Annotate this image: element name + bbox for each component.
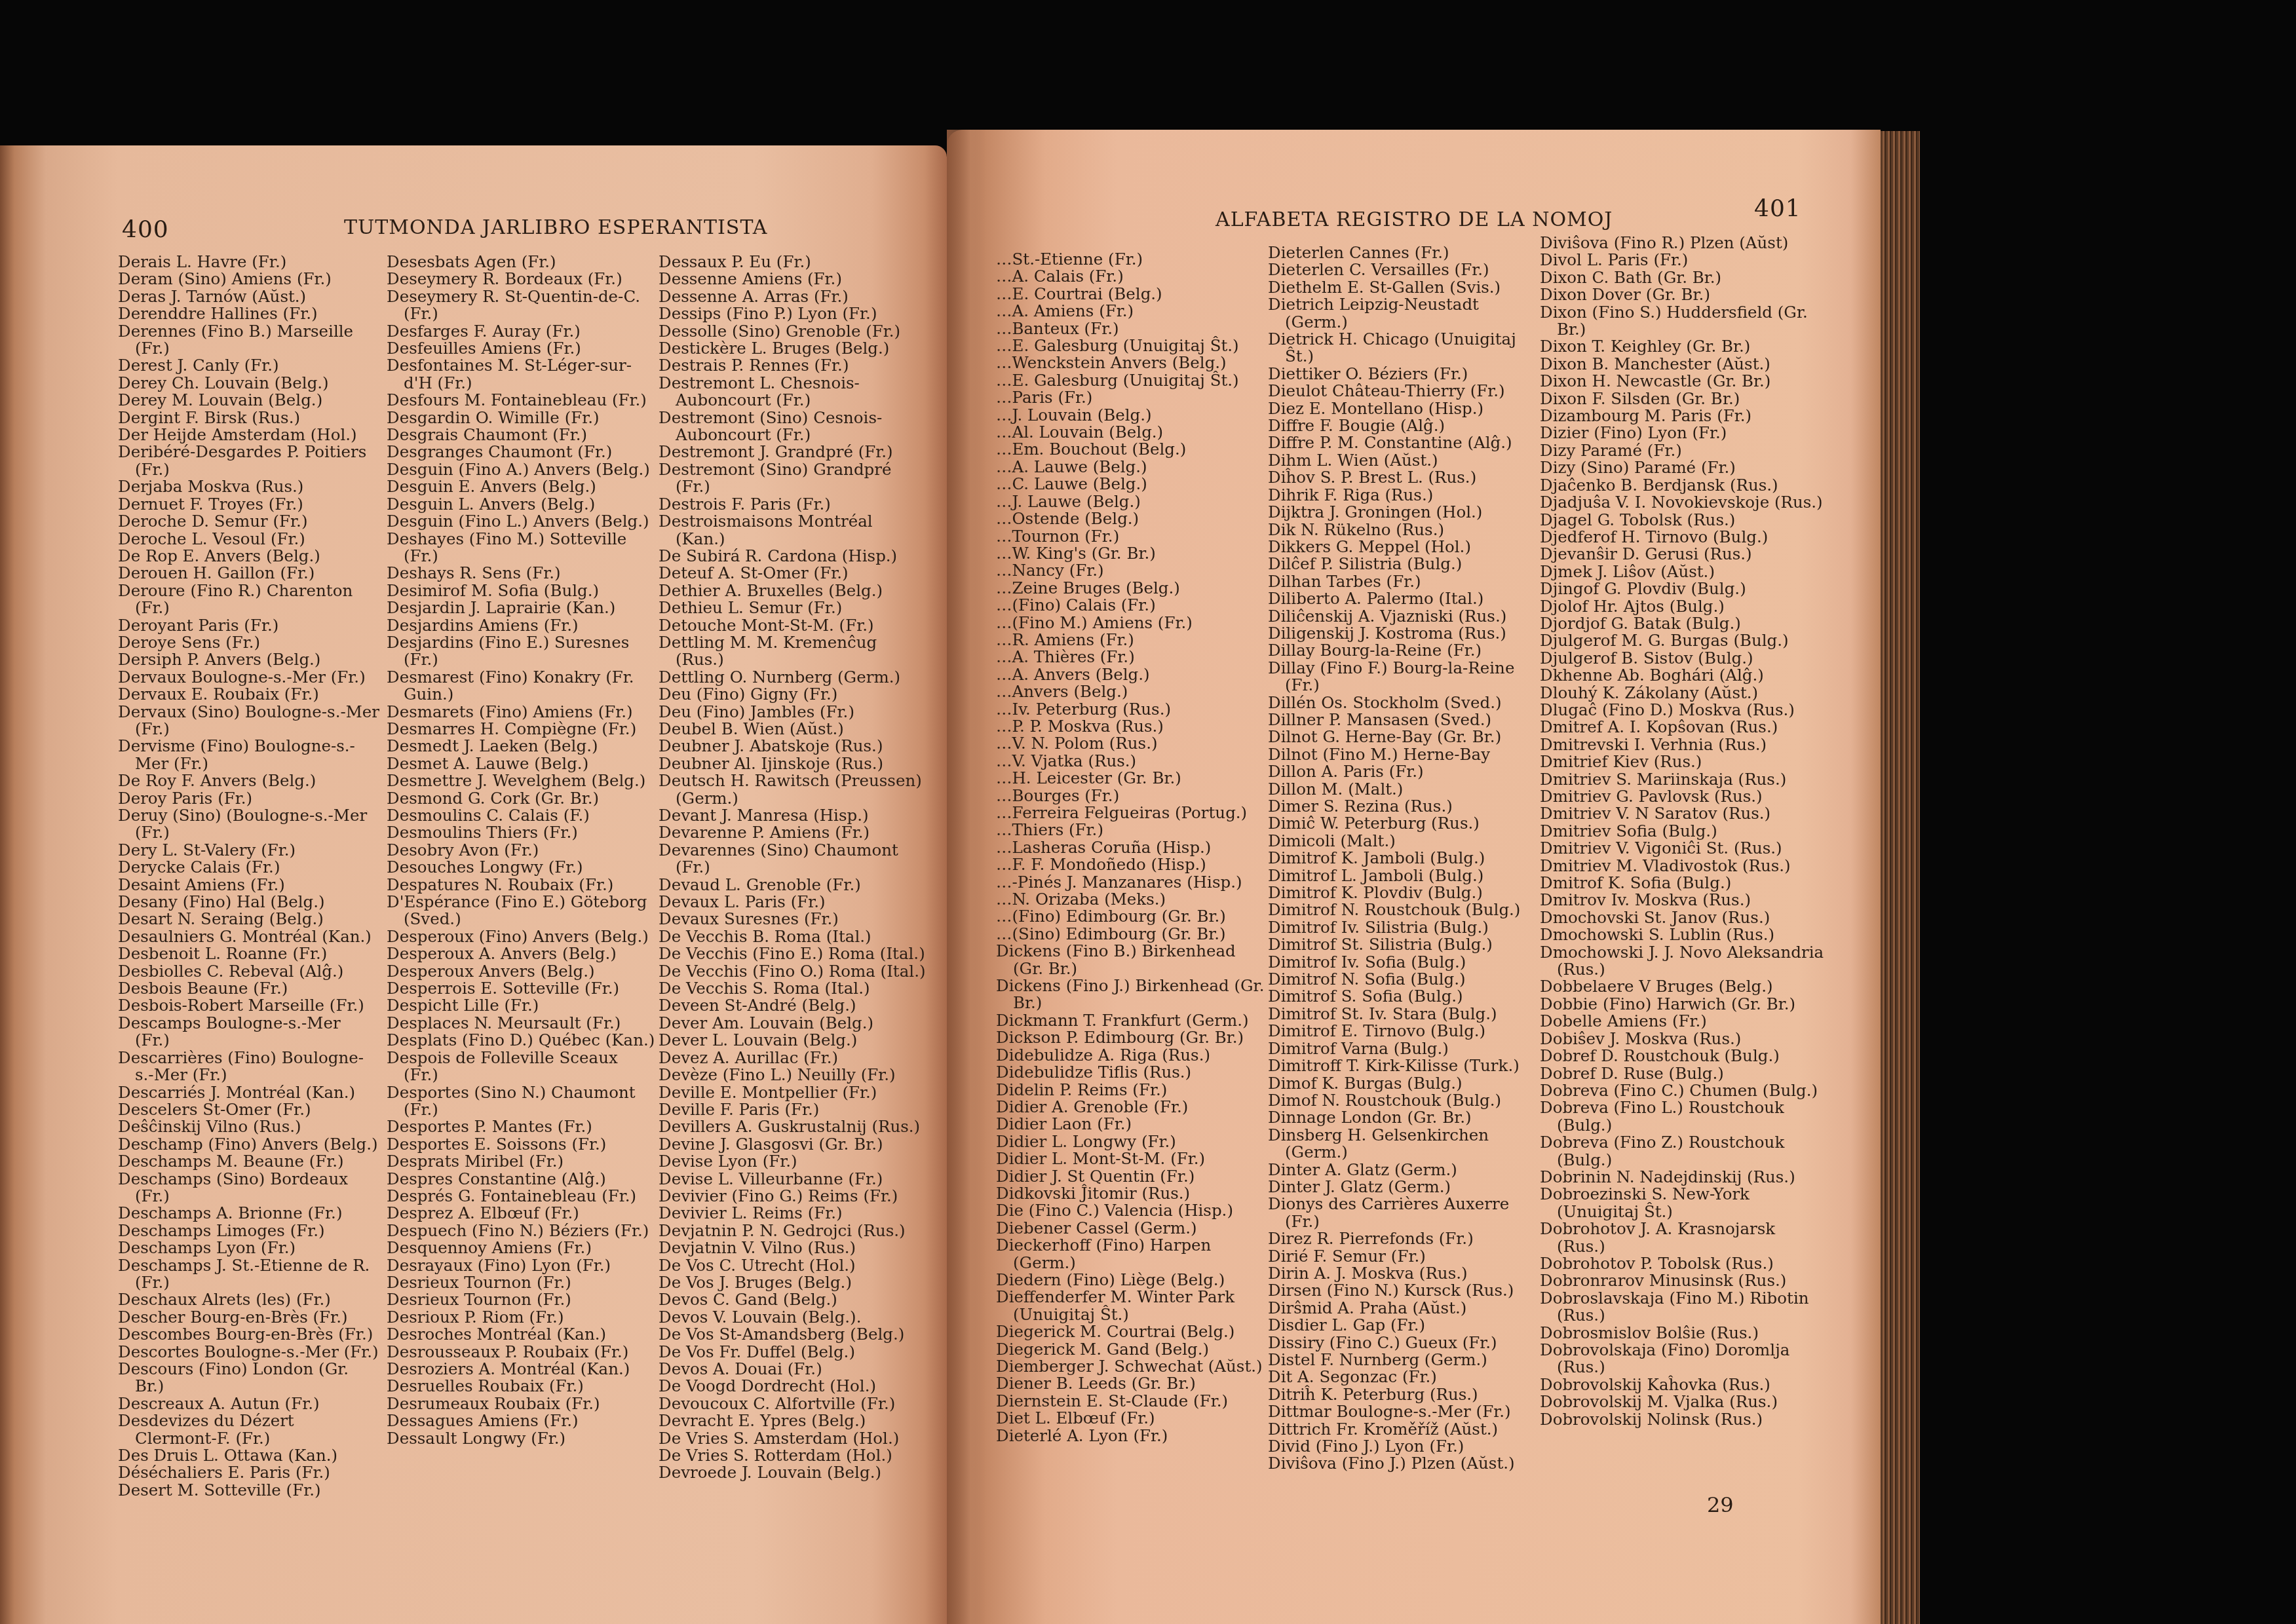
register-entry: Descours (Fino) London (Gr. Br.) <box>118 1361 380 1395</box>
register-entry: Desgardin O. Wimille (Fr.) <box>387 409 657 426</box>
register-entry: Destremont (Sino) Cesnois-Auboncourt (Fr… <box>659 409 927 444</box>
running-header-left: TUTMONDA JARLIBRO ESPERANTISTA <box>344 216 767 239</box>
register-entry: Dittmar Boulogne-s.-Mer (Fr.) <box>1268 1403 1543 1420</box>
register-entry: …A. Anvers (Belg.) <box>996 666 1265 683</box>
register-entry: Dettling M. M. Kremenĉug (Rus.) <box>659 634 927 669</box>
register-entry: De Roy F. Anvers (Belg.) <box>118 772 380 789</box>
register-entry: Didier L. Longwy (Fr.) <box>996 1133 1265 1150</box>
register-entry: Des Druis L. Ottawa (Kan.) <box>118 1447 380 1464</box>
register-entry: …Bourges (Fr.) <box>996 787 1265 804</box>
register-entry: Dieterlen C. Versailles (Fr.) <box>1268 261 1543 278</box>
register-entry: Despatures N. Roubaix (Fr.) <box>387 877 657 894</box>
register-entry: Dixon H. Newcastle (Gr. Br.) <box>1540 373 1825 390</box>
register-entry: Djulgerof M. G. Burgas (Bulg.) <box>1540 632 1825 649</box>
register-entry: Dinter J. Glatz (Germ.) <box>1268 1179 1543 1196</box>
register-entry: Dimitrof L. Jamboli (Bulg.) <box>1268 867 1543 884</box>
register-entry: Didier J. St Quentin (Fr.) <box>996 1168 1265 1185</box>
register-entry: Diet L. Elbœuf (Fr.) <box>996 1410 1265 1427</box>
register-entry: Devos A. Douai (Fr.) <box>659 1361 927 1378</box>
register-entry: Descombes Bourg-en-Brès (Fr.) <box>118 1326 380 1343</box>
register-entry: …E. Courtrai (Belg.) <box>996 286 1265 303</box>
register-entry: Deram (Sino) Amiens (Fr.) <box>118 271 380 288</box>
register-entry: Dernuet F. Troyes (Fr.) <box>118 496 380 513</box>
register-entry: Dimicoli (Malt.) <box>1268 833 1543 850</box>
register-entry: Dimitroff T. Kirk-Kilisse (Turk.) <box>1268 1057 1543 1074</box>
register-entry: Desroziers A. Montréal (Kan.) <box>387 1361 657 1378</box>
register-entry: Dobroslavskaja (Fino M.) Ribotin (Rus.) <box>1540 1290 1825 1325</box>
register-entry: Desbiolles C. Rebeval (Alĝ.) <box>118 963 380 980</box>
register-entry: Devjatnin P. N. Gedrojci (Rus.) <box>659 1222 927 1239</box>
register-entry: Dmitriev S. Mariinskaja (Rus.) <box>1540 771 1825 788</box>
register-entry: Deshayes (Fino M.) Sotteville (Fr.) <box>387 531 657 565</box>
register-entry: Desjardin J. Laprairie (Kan.) <box>387 599 657 616</box>
register-entry: Dimitrof N. Sofia (Bulg.) <box>1268 971 1543 988</box>
register-entry: Desfours M. Fontainebleau (Fr.) <box>387 392 657 409</box>
register-entry: Desjardins Amiens (Fr.) <box>387 617 657 634</box>
register-entry: Diviŝova (Fino J.) Plzen (Aŭst.) <box>1268 1455 1543 1472</box>
register-entry: Deroyant Paris (Fr.) <box>118 617 380 634</box>
register-entry: Derjaba Moskva (Rus.) <box>118 478 380 495</box>
register-entry: Desert M. Sotteville (Fr.) <box>118 1482 380 1499</box>
register-entry: Dimitrof St. Iv. Stara (Bulg.) <box>1268 1006 1543 1023</box>
register-entry: Dessagues Amiens (Fr.) <box>387 1412 657 1429</box>
register-entry: …A. Thières (Fr.) <box>996 649 1265 666</box>
register-entry: Dobreva (Fino C.) Chumen (Bulg.) <box>1540 1082 1825 1099</box>
register-entry: Dmitrof K. Sofia (Bulg.) <box>1540 875 1825 892</box>
register-entry: …Al. Louvain (Belg.) <box>996 424 1265 441</box>
register-entry: Destrais P. Rennes (Fr.) <box>659 357 927 374</box>
register-entry: …P. P. Moskva (Rus.) <box>996 718 1265 735</box>
register-entry: Desruelles Roubaix (Fr.) <box>387 1378 657 1395</box>
register-entry: Desguin (Fino L.) Anvers (Belg.) <box>387 513 657 530</box>
register-entry: …Iv. Peterburg (Rus.) <box>996 701 1265 718</box>
register-entry: Desperoux Anvers (Belg.) <box>387 963 657 980</box>
register-entry: Desobry Avon (Fr.) <box>387 842 657 859</box>
register-entry: Descarrières (Fino) Boulogne-s.-Mer (Fr.… <box>118 1049 380 1084</box>
register-entry: Dobreva (Fino Z.) Roustchouk (Bulg.) <box>1540 1134 1825 1169</box>
register-entry: …J. Louvain (Belg.) <box>996 407 1265 424</box>
running-header-right: ALFABETA REGISTRO DE LA NOMOJ <box>1215 208 1613 231</box>
register-entry: Dickson P. Edimbourg (Gr. Br.) <box>996 1029 1265 1046</box>
register-entry: …E. Galesburg (Unuigitaj Ŝt.) <box>996 337 1265 354</box>
register-entry: Dessenne Amiens (Fr.) <box>659 271 927 288</box>
register-entry: Distel F. Nurnberg (Germ.) <box>1268 1351 1543 1369</box>
register-entry: Devine J. Glasgosvi (Gr. Br.) <box>659 1136 927 1153</box>
register-entry: Deroure (Fino R.) Charenton (Fr.) <box>118 582 380 617</box>
register-entry: Didkovski Ĵitomir (Rus.) <box>996 1185 1265 1202</box>
register-entry: Derenddre Hallines (Fr.) <box>118 305 380 322</box>
register-entry: Deshays R. Sens (Fr.) <box>387 565 657 582</box>
register-entry: Dobelle Amiens (Fr.) <box>1540 1013 1825 1030</box>
register-entry: Diliberto A. Palermo (Ital.) <box>1268 590 1543 607</box>
register-entry: Diliĉenskij A. Vjazniski (Rus.) <box>1268 608 1543 625</box>
register-entry: …Banteux (Fr.) <box>996 320 1265 337</box>
register-entry: Dervaux (Sino) Boulogne-s.-Mer (Fr.) <box>118 704 380 738</box>
register-entry: Dinter A. Glatz (Germ.) <box>1268 1161 1543 1179</box>
register-entry: Devos V. Louvain (Belg.). <box>659 1309 927 1326</box>
register-entry: …J. Lauwe (Belg.) <box>996 493 1265 510</box>
register-entry: Desquennoy Amiens (Fr.) <box>387 1239 657 1256</box>
register-entry: Diegerick M. Courtrai (Belg.) <box>996 1323 1265 1340</box>
left-column-1: Derais L. Havre (Fr.)Deram (Sino) Amiens… <box>118 254 380 1499</box>
register-entry: Despres Constantine (Alĝ.) <box>387 1171 657 1188</box>
register-entry: Dillner P. Mansasen (Sved.) <box>1268 711 1543 728</box>
register-entry: De Rop E. Anvers (Belg.) <box>118 548 380 565</box>
register-entry: Deubner Al. Ijinskoje (Rus.) <box>659 755 927 772</box>
register-entry: Dittrich Fr. Kroměříž (Aŭst.) <box>1268 1421 1543 1438</box>
left-column-2: Desesbats Agen (Fr.)Deseymery R. Bordeau… <box>387 254 657 1447</box>
register-entry: …(Fino M.) Amiens (Fr.) <box>996 614 1265 632</box>
register-entry: Deroche L. Vesoul (Fr.) <box>118 531 380 548</box>
register-entry: Dihrik F. Riga (Rus.) <box>1268 487 1543 504</box>
register-entry: Derest J. Canly (Fr.) <box>118 357 380 374</box>
register-entry: Dessips (Fino P.) Lyon (Fr.) <box>659 305 927 322</box>
register-entry: …(Fino) Edimbourg (Gr. Br.) <box>996 908 1265 925</box>
register-entry: Deu (Fino) Jambles (Fr.) <box>659 704 927 721</box>
register-entry: Dillon M. (Malt.) <box>1268 781 1543 798</box>
register-entry: Devoucoux C. Alfortville (Fr.) <box>659 1395 927 1412</box>
register-entry: Didebulidze A. Riga (Rus.) <box>996 1047 1265 1064</box>
register-entry: Dik N. Rükelno (Rus.) <box>1268 521 1543 538</box>
register-entry: Deseymery R. Bordeaux (Fr.) <box>387 271 657 288</box>
register-entry: Deroche D. Semur (Fr.) <box>118 513 380 530</box>
register-entry: …A. Lauwe (Belg.) <box>996 459 1265 476</box>
register-entry: Dionys des Carrières Auxerre (Fr.) <box>1268 1196 1543 1230</box>
register-entry: Desmarest (Fino) Konakry (Fr. Guin.) <box>387 669 657 704</box>
register-entry: Djagel G. Tobolsk (Rus.) <box>1540 512 1825 529</box>
register-entry: Desrousseaux P. Roubaix (Fr.) <box>387 1344 657 1361</box>
register-entry: Dmitrov Iv. Moskva (Rus.) <box>1540 892 1825 909</box>
register-entry: …V. N. Polom (Rus.) <box>996 735 1265 752</box>
register-entry: Dlugaĉ (Fino D.) Moskva (Rus.) <box>1540 702 1825 719</box>
register-entry: Dessolle (Sino) Grenoble (Fr.) <box>659 323 927 340</box>
register-entry: Déséchaliers E. Paris (Fr.) <box>118 1464 380 1481</box>
register-entry: Desmarres H. Compiègne (Fr.) <box>387 721 657 738</box>
register-entry: Dimiĉ W. Peterburg (Rus.) <box>1268 815 1543 832</box>
register-entry: Dessault Longwy (Fr.) <box>387 1430 657 1447</box>
register-entry: Dimitrof K. Plovdiv (Bulg.) <box>1268 884 1543 901</box>
register-entry: Dever L. Louvain (Belg.) <box>659 1032 927 1049</box>
register-entry: Desfeuilles Amiens (Fr.) <box>387 340 657 357</box>
register-entry: Derey M. Louvain (Belg.) <box>118 392 380 409</box>
register-entry: Dizier (Fino) Lyon (Fr.) <box>1540 425 1825 442</box>
register-entry: Deschamps Lyon (Fr.) <box>118 1239 380 1256</box>
register-entry: Diemberger J. Schwechat (Aŭst.) <box>996 1358 1265 1375</box>
register-entry: Djolof Hr. Ajtos (Bulg.) <box>1540 598 1825 615</box>
register-entry: Dirsen (Fino N.) Kursck (Rus.) <box>1268 1282 1543 1299</box>
register-entry: De Vos J. Bruges (Belg.) <box>659 1274 927 1291</box>
register-entry: De Vries S. Rotterdam (Hol.) <box>659 1447 927 1464</box>
page-number-left: 400 <box>122 216 169 243</box>
register-entry: Djevanŝir D. Gerusi (Rus.) <box>1540 546 1825 563</box>
register-entry: Diligenskij J. Kostroma (Rus.) <box>1268 625 1543 642</box>
register-entry: Dobref D. Roustchouk (Bulg.) <box>1540 1048 1825 1065</box>
register-entry: Dimof K. Burgas (Bulg.) <box>1268 1075 1543 1092</box>
register-entry: Devillers A. Guskrustalnij (Rus.) <box>659 1118 927 1135</box>
register-entry: …-Pinés J. Manzanares (Hisp.) <box>996 874 1265 891</box>
register-entry: Diĥov S. P. Brest L. (Rus.) <box>1268 469 1543 486</box>
register-entry: Diez E. Montellano (Hisp.) <box>1268 400 1543 417</box>
register-entry: Diener B. Leeds (Gr. Br.) <box>996 1375 1265 1392</box>
right-column-2: Dieterlen Cannes (Fr.)Dieterlen C. Versa… <box>1268 244 1543 1473</box>
register-entry: Deville E. Montpellier (Fr.) <box>659 1084 927 1101</box>
register-entry: Diernstein E. St-Claude (Fr.) <box>996 1393 1265 1410</box>
register-entry: Diettiker O. Béziers (Fr.) <box>1268 366 1543 383</box>
register-entry: Deschaux Alrets (les) (Fr.) <box>118 1291 380 1308</box>
register-entry: Desimirof M. Sofia (Bulg.) <box>387 582 657 599</box>
register-entry: De Vecchis (Fino O.) Roma (Ital.) <box>659 963 927 980</box>
register-entry: Dobref D. Ruse (Bulg.) <box>1540 1065 1825 1082</box>
register-entry: Desbois Beaune (Fr.) <box>118 980 380 997</box>
register-entry: Diedern (Fino) Liège (Belg.) <box>996 1272 1265 1289</box>
register-entry: …E. Galesburg (Unuigitaj Ŝt.) <box>996 372 1265 389</box>
register-entry: Devarennes (Sino) Chaumont (Fr.) <box>659 842 927 877</box>
register-entry: Dobrovolskij Kaĥovka (Rus.) <box>1540 1376 1825 1393</box>
register-entry: Dirié F. Semur (Fr.) <box>1268 1248 1543 1265</box>
right-column-3: Diviŝova (Fino R.) Plzen (Aŭst)Divol L. … <box>1540 235 1825 1428</box>
register-entry: Dixon T. Keighley (Gr. Br.) <box>1540 338 1825 355</box>
register-entry: Dixon F. Silsden (Gr. Br.) <box>1540 390 1825 407</box>
register-entry: Diviŝova (Fino R.) Plzen (Aŭst) <box>1540 235 1825 252</box>
register-entry: Dmitrief Kiev (Rus.) <box>1540 753 1825 770</box>
register-entry: Devivier L. Reims (Fr.) <box>659 1205 927 1222</box>
register-entry: Despuech (Fino N.) Béziers (Fr.) <box>387 1222 657 1239</box>
register-entry: Diethelm E. St-Gallen (Svis.) <box>1268 279 1543 296</box>
register-entry: Dinsberg H. Gelsenkirchen (Germ.) <box>1268 1127 1543 1161</box>
register-entry: Dobrohotov P. Tobolsk (Rus.) <box>1540 1255 1825 1272</box>
register-entry: Dirin A. J. Moskva (Rus.) <box>1268 1265 1543 1282</box>
register-entry: Dilnot (Fino M.) Herne-Bay <box>1268 746 1543 763</box>
register-entry: Dmochowski S. Lublin (Rus.) <box>1540 926 1825 943</box>
register-entry: Diffre F. Bougie (Alĝ.) <box>1268 417 1543 434</box>
register-entry: De Voogd Dordrecht (Hol.) <box>659 1378 927 1395</box>
register-entry: Dimitrof Iv. Sofia (Bulg.) <box>1268 954 1543 971</box>
register-entry: Devise L. Villeurbanne (Fr.) <box>659 1171 927 1188</box>
register-entry: Dersiph P. Anvers (Belg.) <box>118 651 380 668</box>
register-entry: Devroede J. Louvain (Belg.) <box>659 1464 927 1481</box>
book-page-edges <box>1881 131 1920 1624</box>
register-entry: Destremont J. Grandpré (Fr.) <box>659 444 927 461</box>
register-entry: Dkhenne Ab. Boghári (Alĝ.) <box>1540 667 1825 684</box>
register-entry: Desgranges Chaumont (Fr.) <box>387 444 657 461</box>
register-entry: …Ostende (Belg.) <box>996 510 1265 527</box>
register-entry: Dobrovolskij M. Vjalka (Rus.) <box>1540 1393 1825 1410</box>
register-entry: Dikkers G. Meppel (Hol.) <box>1268 538 1543 556</box>
register-entry: De Subirá R. Cardona (Hisp.) <box>659 548 927 565</box>
register-entry: Deroye Sens (Fr.) <box>118 634 380 651</box>
register-entry: Djulgerof B. Sistov (Bulg.) <box>1540 650 1825 667</box>
register-entry: Deribéré-Desgardes P. Poitiers (Fr.) <box>118 444 380 478</box>
register-entry: De Vecchis B. Roma (Ital.) <box>659 928 927 945</box>
register-entry: Dobronrarov Minusinsk (Rus.) <box>1540 1272 1825 1289</box>
register-entry: Deschamps M. Beaune (Fr.) <box>118 1153 380 1170</box>
right-page: ALFABETA REGISTRO DE LA NOMOJ 401 …St.-E… <box>947 130 1881 1624</box>
register-entry: Després G. Fontainebleau (Fr.) <box>387 1188 657 1205</box>
register-entry: Dieterlé A. Lyon (Fr.) <box>996 1427 1265 1445</box>
register-entry: Desmedt J. Laeken (Belg.) <box>387 738 657 755</box>
register-entry: Dilĉef P. Silistria (Bulg.) <box>1268 556 1543 573</box>
register-entry: Deschamps A. Brionne (Fr.) <box>118 1205 380 1222</box>
register-entry: Didebulidze Tiflis (Rus.) <box>996 1064 1265 1081</box>
register-entry: Derouen H. Gaillon (Fr.) <box>118 565 380 582</box>
register-entry: Desrieux Tournon (Fr.) <box>387 1274 657 1291</box>
register-entry: Desbenoit L. Roanne (Fr.) <box>118 945 380 962</box>
register-entry: Dixon B. Manchester (Aŭst.) <box>1540 356 1825 373</box>
register-entry: Dervisme (Fino) Boulogne-s.-Mer (Fr.) <box>118 738 380 772</box>
register-entry: Dimitrof Varna (Bulg.) <box>1268 1040 1543 1057</box>
register-entry: Desmettre J. Wevelghem (Belg.) <box>387 772 657 789</box>
register-entry: Descelers St-Omer (Fr.) <box>118 1101 380 1118</box>
register-entry: Desart N. Seraing (Belg.) <box>118 911 380 928</box>
register-entry: Descamps Boulogne-s.-Mer (Fr.) <box>118 1015 380 1049</box>
register-entry: Desgrais Chaumont (Fr.) <box>387 426 657 444</box>
register-entry: Deu (Fino) Gigny (Fr.) <box>659 686 927 703</box>
register-entry: Destickère L. Bruges (Belg.) <box>659 340 927 357</box>
register-entry: De Vecchis S. Roma (Ital.) <box>659 980 927 997</box>
register-entry: Desperoux (Fino) Anvers (Belg.) <box>387 928 657 945</box>
register-entry: Dijktra J. Groningen (Hol.) <box>1268 504 1543 521</box>
register-entry: Deŝĉinskij Vilno (Rus.) <box>118 1118 380 1135</box>
register-entry: Diebener Cassel (Germ.) <box>996 1220 1265 1237</box>
register-entry: Dmitriev M. Vladivostok (Rus.) <box>1540 858 1825 875</box>
register-entry: Dietrich Leipzig-Neustadt (Germ.) <box>1268 296 1543 331</box>
register-entry: …Em. Bouchout (Belg.) <box>996 441 1265 458</box>
register-entry: Desrumeaux Roubaix (Fr.) <box>387 1395 657 1412</box>
register-entry: Die (Fino C.) Valencia (Hisp.) <box>996 1202 1265 1219</box>
register-entry: Deruy (Sino) (Boulogne-s.-Mer (Fr.) <box>118 807 380 842</box>
register-entry: Dizy Paramé (Fr.) <box>1540 442 1825 459</box>
register-entry: Despois de Folleville Sceaux (Fr.) <box>387 1049 657 1084</box>
register-entry: Derycke Calais (Fr.) <box>118 859 380 876</box>
register-entry: Devos C. Gand (Belg.) <box>659 1291 927 1308</box>
register-entry: Dmitriev Sofia (Bulg.) <box>1540 823 1825 840</box>
register-entry: Dimof N. Roustchouk (Bulg.) <box>1268 1092 1543 1109</box>
register-entry: Devez A. Aurillac (Fr.) <box>659 1049 927 1067</box>
spine-shadow <box>947 130 986 1624</box>
register-entry: Desportes E. Soissons (Fr.) <box>387 1136 657 1153</box>
register-entry: Dieckerhoff (Fino) Harpen (Germ.) <box>996 1237 1265 1272</box>
register-entry: Dobrinin N. Nadejdinskij (Rus.) <box>1540 1169 1825 1186</box>
register-entry: Desmoulins C. Calais (F.) <box>387 807 657 824</box>
register-entry: Dobrovolskij Nolinsk (Rus.) <box>1540 1411 1825 1428</box>
register-entry: Dobreva (Fino L.) Roustchouk (Bulg.) <box>1540 1099 1825 1134</box>
register-entry: Desdevizes du Dézert Clermont-F. (Fr.) <box>118 1412 380 1447</box>
register-entry: Dickens (Fino B.) Birkenhead (Gr. Br.) <box>996 943 1265 977</box>
register-entry: Dizy (Sino) Paramé (Fr.) <box>1540 459 1825 476</box>
register-entry: Desplaces N. Meursault (Fr.) <box>387 1015 657 1032</box>
register-entry: Derey Ch. Louvain (Belg.) <box>118 375 380 392</box>
register-entry: Dever Am. Louvain (Belg.) <box>659 1015 927 1032</box>
register-entry: …Paris (Fr.) <box>996 389 1265 406</box>
register-entry: Despicht Lille (Fr.) <box>387 997 657 1014</box>
register-entry: …Thiers (Fr.) <box>996 821 1265 839</box>
register-entry: Dillay Bourg-la-Reine (Fr.) <box>1268 642 1543 659</box>
register-entry: De Vecchis (Fino E.) Roma (Ital.) <box>659 945 927 962</box>
register-entry: Dery L. St-Valery (Fr.) <box>118 842 380 859</box>
register-entry: Dickmann T. Frankfurt (Germ.) <box>996 1012 1265 1029</box>
register-entry: Destremont (Sino) Grandpré (Fr.) <box>659 461 927 496</box>
register-entry: Dimitrof N. Roustchouk (Bulg.) <box>1268 901 1543 918</box>
register-entry: Diffre P. M. Constantine (Alĝ.) <box>1268 434 1543 451</box>
register-entry: …V. Vjatka (Rus.) <box>996 753 1265 770</box>
register-entry: Devjatnin V. Vilno (Rus.) <box>659 1239 927 1256</box>
register-entry: Dixon (Fino S.) Huddersfield (Gr. Br.) <box>1540 304 1825 339</box>
register-entry: Deutsch H. Rawitsch (Preussen) (Germ.) <box>659 772 927 807</box>
register-entry: Dieffenderfer M. Winter Park (Unuigitaj … <box>996 1289 1265 1323</box>
register-entry: Destrois F. Paris (Fr.) <box>659 496 927 513</box>
register-entry: Desrioux P. Riom (Fr.) <box>387 1309 657 1326</box>
register-entry: Didier L. Mont-St-M. (Fr.) <box>996 1150 1265 1167</box>
register-entry: Desaint Amiens (Fr.) <box>118 877 380 894</box>
register-entry: Dlouhý K. Zákolany (Aŭst.) <box>1540 685 1825 702</box>
register-entry: Destremont L. Chesnois-Auboncourt (Fr.) <box>659 375 927 409</box>
register-entry: …(Fino) Calais (Fr.) <box>996 597 1265 614</box>
register-entry: …H. Leicester (Gr. Br.) <box>996 770 1265 787</box>
register-entry: Dickens (Fino J.) Birkenhead (Gr. Br.) <box>996 977 1265 1012</box>
register-entry: Detouche Mont-St-M. (Fr.) <box>659 617 927 634</box>
register-entry: Desfontaines M. St-Léger-sur-d'H (Fr.) <box>387 357 657 392</box>
register-entry: Descarriés J. Montréal (Kan.) <box>118 1084 380 1101</box>
register-entry: Divol L. Paris (Fr.) <box>1540 252 1825 269</box>
register-entry: Desprez A. Elbœuf (Fr.) <box>387 1205 657 1222</box>
register-entry: Desmet A. Lauwe (Belg.) <box>387 755 657 772</box>
register-entry: Deras J. Tarnów (Aŭst.) <box>118 288 380 305</box>
register-entry: …Lasheras Coruña (Hisp.) <box>996 839 1265 856</box>
register-entry: Didier A. Grenoble (Fr.) <box>996 1099 1265 1116</box>
register-entry: Deschamp (Fino) Anvers (Belg.) <box>118 1136 380 1153</box>
register-entry: De Vos Fr. Duffel (Belg.) <box>659 1344 927 1361</box>
register-entry: Dillén Os. Stockholm (Sved.) <box>1268 694 1543 711</box>
register-entry: Desmarets (Fino) Amiens (Fr.) <box>387 704 657 721</box>
register-entry: Dixon Dover (Gr. Br.) <box>1540 286 1825 303</box>
signature-mark: 29 <box>1707 1492 1734 1517</box>
register-entry: Desprats Miribel (Fr.) <box>387 1153 657 1170</box>
register-entry: Dit A. Segonzac (Fr.) <box>1268 1369 1543 1386</box>
register-entry: Deubner J. Abatskoje (Rus.) <box>659 738 927 755</box>
register-entry: Dissiry (Fino C.) Gueux (Fr.) <box>1268 1334 1543 1351</box>
register-entry: Devivier (Fino G.) Reims (Fr.) <box>659 1188 927 1205</box>
register-entry: Dinnage London (Gr. Br.) <box>1268 1109 1543 1126</box>
register-entry: Dietrick H. Chicago (Unuigitaj Ŝt.) <box>1268 331 1543 366</box>
register-entry: Dizambourg M. Paris (Fr.) <box>1540 407 1825 425</box>
register-entry: Devant J. Manresa (Hisp.) <box>659 807 927 824</box>
register-entry: Diegerick M. Gand (Belg.) <box>996 1341 1265 1358</box>
register-entry: Dimitrof S. Sofia (Bulg.) <box>1268 988 1543 1005</box>
register-entry: Dmitriev V. Vigoniĉi St. (Rus.) <box>1540 840 1825 857</box>
register-entry: Devise Lyon (Fr.) <box>659 1153 927 1170</box>
register-entry: Djordjof G. Batak (Bulg.) <box>1540 615 1825 632</box>
register-entry: Dmitrevski I. Verhnia (Rus.) <box>1540 736 1825 753</box>
register-entry: Dmitriev V. N Saratov (Rus.) <box>1540 805 1825 822</box>
register-entry: Derais L. Havre (Fr.) <box>118 254 380 271</box>
register-entry: Dobbelaere V Bruges (Belg.) <box>1540 978 1825 995</box>
register-entry: Desportes (Sino N.) Chaumont (Fr.) <box>387 1084 657 1119</box>
register-entry: Dillon A. Paris (Fr.) <box>1268 763 1543 780</box>
register-entry: Deteuf A. St-Omer (Fr.) <box>659 565 927 582</box>
register-entry: …Tournon (Fr.) <box>996 528 1265 545</box>
register-entry: …Ferreira Felgueiras (Portug.) <box>996 804 1265 821</box>
register-entry: …Anvers (Belg.) <box>996 683 1265 700</box>
register-entry: Devaux Suresnes (Fr.) <box>659 911 927 928</box>
register-entry: Desperrois E. Sotteville (Fr.) <box>387 980 657 997</box>
register-entry: De Vos St-Amandsberg (Belg.) <box>659 1326 927 1343</box>
register-entry: Dmochovski St. Janov (Rus.) <box>1540 909 1825 926</box>
register-entry: Desaulniers G. Montréal (Kan.) <box>118 928 380 945</box>
register-entry: …F. F. Mondoñedo (Hisp.) <box>996 856 1265 873</box>
register-entry: Dervaux Boulogne-s.-Mer (Fr.) <box>118 669 380 686</box>
register-entry: …A. Amiens (Fr.) <box>996 303 1265 320</box>
register-entry: Der Heijde Amsterdam (Hol.) <box>118 426 380 444</box>
